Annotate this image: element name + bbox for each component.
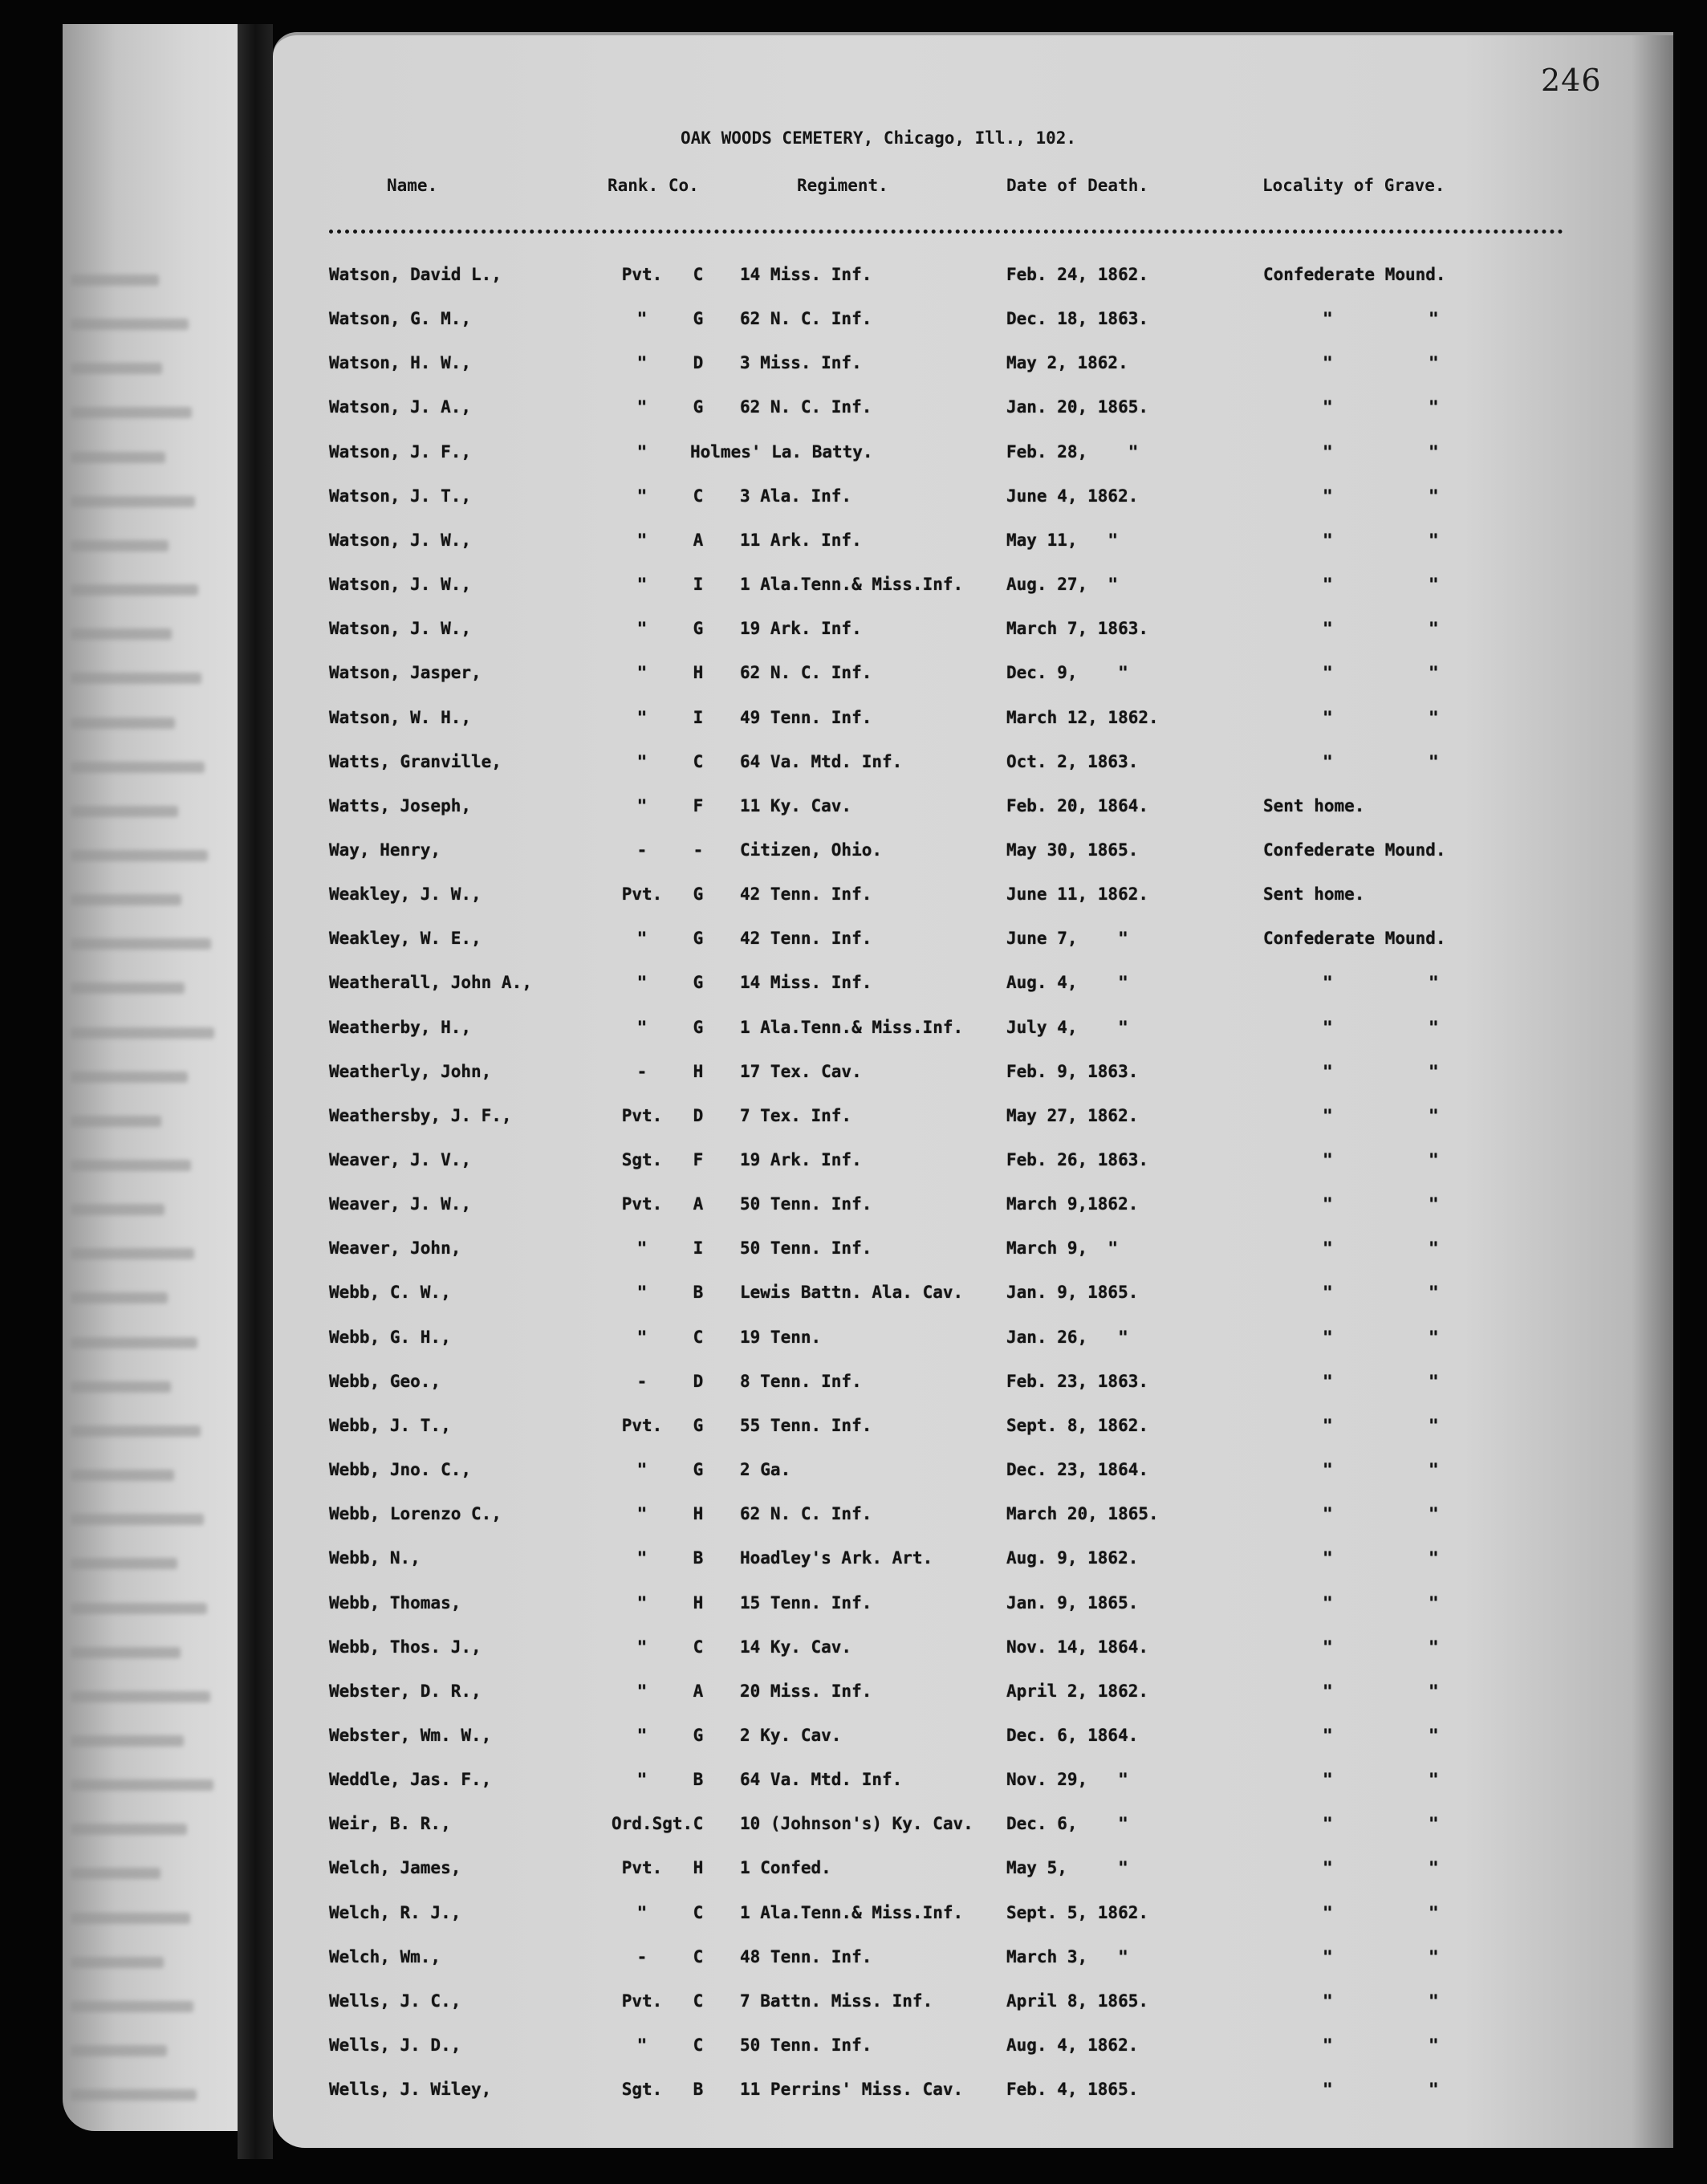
table-row: Webb, Lorenzo C.,"H62 N. C. Inf.March 20… (0, 1504, 1707, 1536)
company: I (689, 575, 708, 594)
company: A (689, 531, 708, 550)
table-row: Watts, Granville,"C64 Va. Mtd. Inf.Oct. … (0, 752, 1707, 784)
locality-ditto: " (1323, 1238, 1333, 1258)
locality-ditto: " (1323, 752, 1333, 771)
locality-ditto: " (1323, 1548, 1333, 1568)
soldier-name: Webster, D. R., (329, 1682, 482, 1701)
locality-ditto: " (1323, 1106, 1333, 1125)
grave-locality: Sent home. (1263, 796, 1364, 815)
locality-ditto: " (1429, 575, 1439, 594)
table-row: Webb, G. H.,"C19 Tenn.Jan. 26, """ (0, 1328, 1707, 1360)
regiment: 11 Ark. Inf. (740, 531, 862, 550)
locality-ditto: " (1323, 1416, 1333, 1435)
company: B (689, 2080, 708, 2099)
locality-ditto: " (1429, 1991, 1439, 2011)
locality-ditto: " (1323, 1018, 1333, 1037)
soldier-name: Weatherly, John, (329, 1062, 491, 1081)
regiment: Citizen, Ohio. (740, 840, 882, 860)
company: A (689, 1194, 708, 1214)
regiment: 8 Tenn. Inf. (740, 1372, 862, 1391)
rank: " (610, 796, 674, 815)
table-row: Weakley, W. E.,"G42 Tenn. Inf.June 7, "C… (0, 929, 1707, 961)
regiment: 19 Tenn. (740, 1328, 821, 1347)
date-of-death: March 9,1862. (1006, 1194, 1138, 1214)
locality-ditto: " (1323, 1991, 1333, 2011)
regiment: 15 Tenn. Inf. (740, 1593, 872, 1613)
soldier-name: Watson, J. A., (329, 397, 471, 417)
date-of-death: Sept. 8, 1862. (1006, 1416, 1148, 1435)
date-of-death: Aug. 27, " (1006, 575, 1118, 594)
rank: " (610, 1593, 674, 1613)
locality-ditto: " (1323, 1770, 1333, 1789)
soldier-name: Weir, B. R., (329, 1814, 451, 1833)
company: G (689, 1460, 708, 1479)
company: A (689, 1682, 708, 1701)
column-header-name: Name. (387, 176, 437, 195)
locality-ditto: " (1323, 1726, 1333, 1745)
locality-ditto: " (1323, 531, 1333, 550)
rank: " (610, 1238, 674, 1258)
locality-ditto: " (1429, 1947, 1439, 1966)
soldier-name: Weaver, J. W., (329, 1194, 471, 1214)
regiment: 50 Tenn. Inf. (740, 2036, 872, 2055)
regiment: 17 Tex. Cav. (740, 1062, 862, 1081)
date-of-death: March 7, 1863. (1006, 619, 1148, 638)
company: F (689, 1150, 708, 1169)
date-of-death: July 4, " (1006, 1018, 1128, 1037)
locality-ditto: " (1323, 973, 1333, 992)
locality-ditto: " (1323, 1593, 1333, 1613)
locality-ditto: " (1429, 1858, 1439, 1877)
regiment: 62 N. C. Inf. (740, 1504, 872, 1523)
rank: Pvt. (610, 265, 674, 284)
regiment: 19 Ark. Inf. (740, 1150, 862, 1169)
table-row: Watson, J. A.,"G62 N. C. Inf.Jan. 20, 18… (0, 397, 1707, 429)
regiment: 3 Ala. Inf. (740, 486, 851, 506)
regiment: 19 Ark. Inf. (740, 619, 862, 638)
rank: " (610, 442, 674, 462)
locality-ditto: " (1323, 575, 1333, 594)
soldier-name: Watson, G. M., (329, 309, 471, 328)
table-row: Weathersby, J. F.,Pvt.D7 Tex. Inf.May 27… (0, 1106, 1707, 1138)
locality-ditto: " (1429, 1283, 1439, 1302)
locality-ditto: " (1323, 1372, 1333, 1391)
date-of-death: June 4, 1862. (1006, 486, 1138, 506)
locality-ditto: " (1429, 1150, 1439, 1169)
rank: " (610, 708, 674, 727)
locality-ditto: " (1429, 1593, 1439, 1613)
regiment: 20 Miss. Inf. (740, 1682, 872, 1701)
soldier-name: Watson, H. W., (329, 353, 471, 372)
rank: " (610, 1903, 674, 1922)
rank: Sgt. (610, 1150, 674, 1169)
company: B (689, 1770, 708, 1789)
regiment: 2 Ga. (740, 1460, 791, 1479)
table-row: Webb, J. T.,Pvt.G55 Tenn. Inf.Sept. 8, 1… (0, 1416, 1707, 1448)
soldier-name: Weakley, W. E., (329, 929, 482, 948)
rank: Pvt. (610, 1106, 674, 1125)
grave-locality: Confederate Mound. (1263, 929, 1446, 948)
date-of-death: May 5, " (1006, 1858, 1128, 1877)
locality-ditto: " (1323, 1682, 1333, 1701)
date-of-death: Jan. 9, 1865. (1006, 1283, 1138, 1302)
column-header-date: Date of Death. (1006, 176, 1148, 195)
regiment: 49 Tenn. Inf. (740, 708, 872, 727)
locality-ditto: " (1429, 1637, 1439, 1657)
table-row: Watson, W. H.,"I49 Tenn. Inf.March 12, 1… (0, 708, 1707, 740)
locality-ditto: " (1429, 1372, 1439, 1391)
date-of-death: March 12, 1862. (1006, 708, 1159, 727)
rank: Pvt. (610, 885, 674, 904)
company: H (689, 1062, 708, 1081)
table-row: Webb, N.,"BHoadley's Ark. Art.Aug. 9, 18… (0, 1548, 1707, 1580)
rank: " (610, 663, 674, 682)
table-row: Weatherall, John A.,"G14 Miss. Inf.Aug. … (0, 973, 1707, 1005)
table-row: Webb, C. W.,"BLewis Battn. Ala. Cav.Jan.… (0, 1283, 1707, 1315)
table-row: Weaver, John,"I50 Tenn. Inf.March 9, """ (0, 1238, 1707, 1271)
regiment: 1 Ala.Tenn.& Miss.Inf. (740, 1903, 963, 1922)
soldier-name: Watson, J. W., (329, 619, 471, 638)
locality-ditto: " (1323, 1858, 1333, 1877)
regiment: 7 Tex. Inf. (740, 1106, 851, 1125)
regiment: 11 Perrins' Miss. Cav. (740, 2080, 963, 2099)
date-of-death: Nov. 14, 1864. (1006, 1637, 1148, 1657)
date-of-death: Feb. 26, 1863. (1006, 1150, 1148, 1169)
regiment: 50 Tenn. Inf. (740, 1238, 872, 1258)
soldier-name: Weaver, J. V., (329, 1150, 471, 1169)
table-row: Weddle, Jas. F.,"B64 Va. Mtd. Inf.Nov. 2… (0, 1770, 1707, 1802)
regiment: 3 Miss. Inf. (740, 353, 862, 372)
locality-ditto: " (1323, 1062, 1333, 1081)
table-row: Watson, J. W.,"I1 Ala.Tenn.& Miss.Inf.Au… (0, 575, 1707, 607)
rank: Pvt. (610, 1194, 674, 1214)
grave-locality: Confederate Mound. (1263, 840, 1446, 860)
date-of-death: Feb. 4, 1865. (1006, 2080, 1138, 2099)
company: G (689, 973, 708, 992)
table-row: Watson, J. T.,"C3 Ala. Inf.June 4, 1862.… (0, 486, 1707, 519)
soldier-name: Watson, David L., (329, 265, 502, 284)
regiment: 50 Tenn. Inf. (740, 1194, 872, 1214)
regiment: 62 N. C. Inf. (740, 309, 872, 328)
table-row: Webb, Jno. C.,"G2 Ga.Dec. 23, 1864."" (0, 1460, 1707, 1492)
company: C (689, 2036, 708, 2055)
locality-ditto: " (1323, 353, 1333, 372)
company: C (689, 1991, 708, 2011)
rank: " (610, 531, 674, 550)
company: C (689, 1814, 708, 1833)
company: B (689, 1283, 708, 1302)
company: I (689, 1238, 708, 1258)
rank: " (610, 1504, 674, 1523)
locality-ditto: " (1429, 397, 1439, 417)
rank: " (610, 1637, 674, 1657)
table-row: Watson, H. W.,"D3 Miss. Inf.May 2, 1862.… (0, 353, 1707, 385)
locality-ditto: " (1429, 486, 1439, 506)
company: C (689, 265, 708, 284)
soldier-name: Webster, Wm. W., (329, 1726, 491, 1745)
locality-ditto: " (1429, 1814, 1439, 1833)
locality-ditto: " (1323, 442, 1333, 462)
page-title: OAK WOODS CEMETERY, Chicago, Ill., 102. (681, 128, 1076, 148)
locality-ditto: " (1323, 1150, 1333, 1169)
soldier-name: Webb, C. W., (329, 1283, 451, 1302)
company: F (689, 796, 708, 815)
company: D (689, 1372, 708, 1391)
rank: " (610, 973, 674, 992)
soldier-name: Watts, Granville, (329, 752, 502, 771)
locality-ditto: " (1323, 1283, 1333, 1302)
company: C (689, 1947, 708, 1966)
locality-ditto: " (1323, 2080, 1333, 2099)
rank: " (610, 353, 674, 372)
rank: " (610, 1283, 674, 1302)
company: H (689, 1504, 708, 1523)
regiment: 1 Ala.Tenn.& Miss.Inf. (740, 575, 963, 594)
table-row: Webb, Geo.,-D8 Tenn. Inf.Feb. 23, 1863."… (0, 1372, 1707, 1404)
rank: " (610, 397, 674, 417)
rank: " (610, 2036, 674, 2055)
regiment: 14 Miss. Inf. (740, 973, 872, 992)
locality-ditto: " (1429, 1018, 1439, 1037)
locality-ditto: " (1429, 752, 1439, 771)
table-row: Wells, J. D.,"C50 Tenn. Inf.Aug. 4, 1862… (0, 2036, 1707, 2068)
company: G (689, 619, 708, 638)
rank: Pvt. (610, 1416, 674, 1435)
rank: Ord.Sgt. (612, 1814, 693, 1833)
soldier-name: Way, Henry, (329, 840, 441, 860)
soldier-name: Weathersby, J. F., (329, 1106, 512, 1125)
soldier-name: Watson, Jasper, (329, 663, 482, 682)
company: H (689, 663, 708, 682)
locality-ditto: " (1429, 1328, 1439, 1347)
rank: " (610, 1328, 674, 1347)
grave-locality: Confederate Mound. (1263, 265, 1446, 284)
rank: Pvt. (610, 1858, 674, 1877)
company: D (689, 1106, 708, 1125)
soldier-name: Wells, J. Wiley, (329, 2080, 491, 2099)
rank: " (610, 1018, 674, 1037)
date-of-death: March 9, " (1006, 1238, 1118, 1258)
table-row: Watson, David L.,Pvt.C14 Miss. Inf.Feb. … (0, 265, 1707, 297)
locality-ditto: " (1429, 619, 1439, 638)
table-row: Weir, B. R.,Ord.Sgt.C10 (Johnson's) Ky. … (0, 1814, 1707, 1846)
date-of-death: June 11, 1862. (1006, 885, 1148, 904)
regiment: 55 Tenn. Inf. (740, 1416, 872, 1435)
date-of-death: Jan. 26, " (1006, 1328, 1128, 1347)
locality-ditto: " (1323, 1814, 1333, 1833)
date-of-death: Dec. 6, 1864. (1006, 1726, 1138, 1745)
company: G (689, 1018, 708, 1037)
locality-ditto: " (1429, 353, 1439, 372)
date-of-death: Dec. 23, 1864. (1006, 1460, 1148, 1479)
date-of-death: Dec. 18, 1863. (1006, 309, 1148, 328)
company: C (689, 1903, 708, 1922)
regiment: 2 Ky. Cav. (740, 1726, 841, 1745)
date-of-death: June 7, " (1006, 929, 1128, 948)
table-row: Wells, J. C.,Pvt.C7 Battn. Miss. Inf.Apr… (0, 1991, 1707, 2023)
locality-ditto: " (1323, 1504, 1333, 1523)
date-of-death: Oct. 2, 1863. (1006, 752, 1138, 771)
date-of-death: April 2, 1862. (1006, 1682, 1148, 1701)
rank: " (610, 1682, 674, 1701)
soldier-name: Watts, Joseph, (329, 796, 471, 815)
company: G (689, 309, 708, 328)
locality-ditto: " (1429, 1682, 1439, 1701)
rank: - (610, 1372, 674, 1391)
table-row: Watson, J. F.,"Holmes' La. Batty.Feb. 28… (0, 442, 1707, 474)
table-row: Watts, Joseph,"F11 Ky. Cav.Feb. 20, 1864… (0, 796, 1707, 828)
regiment: 48 Tenn. Inf. (740, 1947, 872, 1966)
regiment: 64 Va. Mtd. Inf. (740, 752, 902, 771)
company: G (689, 929, 708, 948)
date-of-death: Feb. 24, 1862. (1006, 265, 1148, 284)
locality-ditto: " (1323, 708, 1333, 727)
column-header-locality: Locality of Grave. (1262, 176, 1445, 195)
locality-ditto: " (1323, 1328, 1333, 1347)
regiment: 64 Va. Mtd. Inf. (740, 1770, 902, 1789)
date-of-death: Dec. 6, " (1006, 1814, 1128, 1833)
regiment: 7 Battn. Miss. Inf. (740, 1991, 933, 2011)
regiment: 1 Confed. (740, 1858, 831, 1877)
regiment: Lewis Battn. Ala. Cav. (740, 1283, 963, 1302)
date-of-death: April 8, 1865. (1006, 1991, 1148, 2011)
company: B (689, 1548, 708, 1568)
soldier-name: Weakley, J. W., (329, 885, 482, 904)
locality-ditto: " (1429, 1726, 1439, 1745)
rank: - (610, 1062, 674, 1081)
page-number: 246 (1541, 63, 1602, 98)
date-of-death: Aug. 9, 1862. (1006, 1548, 1138, 1568)
regiment: 42 Tenn. Inf. (740, 885, 872, 904)
date-of-death: Feb. 20, 1864. (1006, 796, 1148, 815)
header-divider (329, 230, 1563, 234)
rank: " (610, 619, 674, 638)
company: C (689, 752, 708, 771)
date-of-death: Feb. 28, " (1006, 442, 1138, 462)
company: G (689, 397, 708, 417)
rank: " (610, 1548, 674, 1568)
soldier-name: Watson, J. W., (329, 531, 471, 550)
locality-ditto: " (1429, 1770, 1439, 1789)
table-row: Watson, J. W.,"G19 Ark. Inf.March 7, 186… (0, 619, 1707, 651)
company: C (689, 1637, 708, 1657)
locality-ditto: " (1429, 708, 1439, 727)
company: - (689, 840, 708, 860)
locality-ditto: " (1429, 1238, 1439, 1258)
locality-ditto: " (1323, 1947, 1333, 1966)
company: C (689, 1328, 708, 1347)
date-of-death: Aug. 4, " (1006, 973, 1128, 992)
table-row: Weatherly, John,-H17 Tex. Cav.Feb. 9, 18… (0, 1062, 1707, 1094)
soldier-name: Watson, J. W., (329, 575, 471, 594)
locality-ditto: " (1429, 1062, 1439, 1081)
soldier-name: Wells, J. D., (329, 2036, 461, 2055)
company: H (689, 1593, 708, 1613)
table-row: Welch, James,Pvt.H1 Confed.May 5, """ (0, 1858, 1707, 1890)
date-of-death: May 30, 1865. (1006, 840, 1138, 860)
soldier-name: Webb, J. T., (329, 1416, 451, 1435)
soldier-name: Welch, R. J., (329, 1903, 461, 1922)
soldier-name: Weddle, Jas. F., (329, 1770, 491, 1789)
table-row: Watson, G. M.,"G62 N. C. Inf.Dec. 18, 18… (0, 309, 1707, 341)
locality-ditto: " (1429, 442, 1439, 462)
locality-ditto: " (1429, 1416, 1439, 1435)
table-row: Welch, R. J.,"C1 Ala.Tenn.& Miss.Inf.Sep… (0, 1903, 1707, 1935)
regiment: 14 Ky. Cav. (740, 1637, 851, 1657)
column-header-regiment: Regiment. (797, 176, 888, 195)
regiment: 11 Ky. Cav. (740, 796, 851, 815)
rank: " (610, 1460, 674, 1479)
company: D (689, 353, 708, 372)
locality-ditto: " (1323, 397, 1333, 417)
soldier-name: Watson, J. F., (329, 442, 471, 462)
company: G (689, 885, 708, 904)
soldier-name: Weaver, John, (329, 1238, 461, 1258)
table-row: Wells, J. Wiley,Sgt.B11 Perrins' Miss. C… (0, 2080, 1707, 2112)
date-of-death: Feb. 9, 1863. (1006, 1062, 1138, 1081)
table-row: Webb, Thomas,"H15 Tenn. Inf.Jan. 9, 1865… (0, 1593, 1707, 1625)
locality-ditto: " (1429, 309, 1439, 328)
column-header-rank-co: Rank. Co. (608, 176, 699, 195)
locality-ditto: " (1429, 531, 1439, 550)
table-row: Webb, Thos. J.,"C14 Ky. Cav.Nov. 14, 186… (0, 1637, 1707, 1670)
date-of-death: Jan. 20, 1865. (1006, 397, 1148, 417)
date-of-death: March 20, 1865. (1006, 1504, 1159, 1523)
rank: " (610, 486, 674, 506)
soldier-name: Webb, Lorenzo C., (329, 1504, 502, 1523)
regiment: 10 (Johnson's) Ky. Cav. (740, 1814, 973, 1833)
regiment: 42 Tenn. Inf. (740, 929, 872, 948)
table-row: Webster, Wm. W.,"G2 Ky. Cav.Dec. 6, 1864… (0, 1726, 1707, 1758)
table-row: Weatherby, H.,"G1 Ala.Tenn.& Miss.Inf.Ju… (0, 1018, 1707, 1050)
date-of-death: Sept. 5, 1862. (1006, 1903, 1148, 1922)
locality-ditto: " (1429, 1504, 1439, 1523)
soldier-name: Webb, Jno. C., (329, 1460, 471, 1479)
table-row: Weakley, J. W.,Pvt.G42 Tenn. Inf.June 11… (0, 885, 1707, 917)
soldier-name: Welch, James, (329, 1858, 461, 1877)
soldier-name: Webb, G. H., (329, 1328, 451, 1347)
regiment: Hoadley's Ark. Art. (740, 1548, 933, 1568)
locality-ditto: " (1323, 1903, 1333, 1922)
rank: Sgt. (610, 2080, 674, 2099)
soldier-name: Wells, J. C., (329, 1991, 461, 2011)
table-row: Weaver, J. V.,Sgt.F19 Ark. Inf.Feb. 26, … (0, 1150, 1707, 1182)
locality-ditto: " (1429, 2036, 1439, 2055)
soldier-name: Webb, Geo., (329, 1372, 441, 1391)
soldier-name: Webb, Thos. J., (329, 1637, 482, 1657)
table-row: Webster, D. R.,"A20 Miss. Inf.April 2, 1… (0, 1682, 1707, 1714)
rank: " (610, 309, 674, 328)
locality-ditto: " (1323, 663, 1333, 682)
locality-ditto: " (1429, 1548, 1439, 1568)
table-row: Watson, J. W.,"A11 Ark. Inf.May 11, """ (0, 531, 1707, 563)
rank: " (610, 575, 674, 594)
rank: Pvt. (610, 1991, 674, 2011)
regiment: 1 Ala.Tenn.& Miss.Inf. (740, 1018, 963, 1037)
soldier-name: Webb, N., (329, 1548, 421, 1568)
soldier-name: Watson, W. H., (329, 708, 471, 727)
company: I (689, 708, 708, 727)
company: G (689, 1726, 708, 1745)
grave-locality: Sent home. (1263, 885, 1364, 904)
soldier-name: Webb, Thomas, (329, 1593, 461, 1613)
date-of-death: Dec. 9, " (1006, 663, 1128, 682)
locality-ditto: " (1429, 973, 1439, 992)
table-row: Welch, Wm.,-C48 Tenn. Inf.March 3, """ (0, 1947, 1707, 1979)
locality-ditto: " (1429, 1460, 1439, 1479)
regiment: 14 Miss. Inf. (740, 265, 872, 284)
date-of-death: Jan. 9, 1865. (1006, 1593, 1138, 1613)
